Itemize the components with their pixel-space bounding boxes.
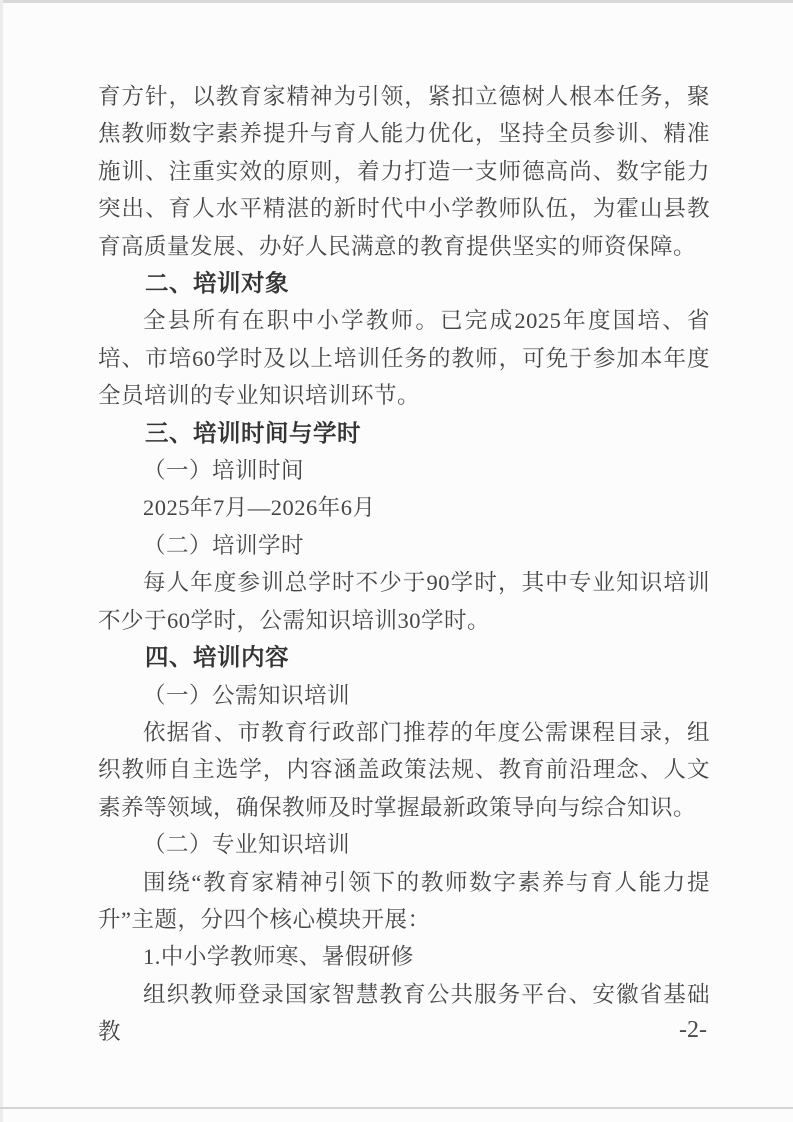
subsection-label-training-time: （一）培训时间 — [98, 452, 710, 489]
scan-edge-bottom — [0, 1107, 793, 1109]
subsection-label-professional-knowledge: （二）专业知识培训 — [98, 826, 710, 863]
page-number: -2- — [679, 1015, 707, 1045]
paragraph-public-knowledge: 依据省、市教育行政部门推荐的年度公需课程目录，组织教师自主选学，内容涵盖政策法规… — [98, 714, 710, 826]
document-body: 育方针，以教育家精神为引领，紧扣立德树人根本任务，聚焦教师数字素养提升与育人能力… — [98, 78, 710, 1051]
training-period-value: 2025年7月—2026年6月 — [98, 489, 710, 526]
paragraph-training-target: 全县所有在职中小学教师。已完成2025年度国培、省培、市培60学时及以上培训任务… — [98, 302, 710, 414]
subsection-label-training-hours: （二）培训学时 — [98, 527, 710, 564]
document-page: 育方针，以教育家精神为引领，紧扣立德树人根本任务，聚焦教师数字素养提升与育人能力… — [0, 0, 793, 1122]
scan-edge-top — [0, 0, 793, 3]
paragraph-platform-cutoff: 组织教师登录国家智慧教育公共服务平台、安徽省基础教 — [98, 976, 710, 1051]
scan-edge-left — [0, 0, 3, 1122]
paragraph-professional-theme: 围绕“教育家精神引领下的教师数字素养与育人能力提升”主题，分四个核心模块开展： — [98, 864, 710, 939]
numbered-item-vacation-study: 1.中小学教师寒、暑假研修 — [98, 938, 710, 975]
subsection-label-public-knowledge: （一）公需知识培训 — [98, 677, 710, 714]
section-heading-time-and-hours: 三、培训时间与学时 — [98, 415, 710, 452]
paragraph-training-hours: 每人年度参训总学时不少于90学时，其中专业知识培训不少于60学时，公需知识培训3… — [98, 564, 710, 639]
section-heading-training-target: 二、培训对象 — [98, 265, 710, 302]
paragraph-continuation: 育方针，以教育家精神为引领，紧扣立德树人根本任务，聚焦教师数字素养提升与育人能力… — [98, 78, 710, 265]
section-heading-training-content: 四、培训内容 — [98, 639, 710, 676]
